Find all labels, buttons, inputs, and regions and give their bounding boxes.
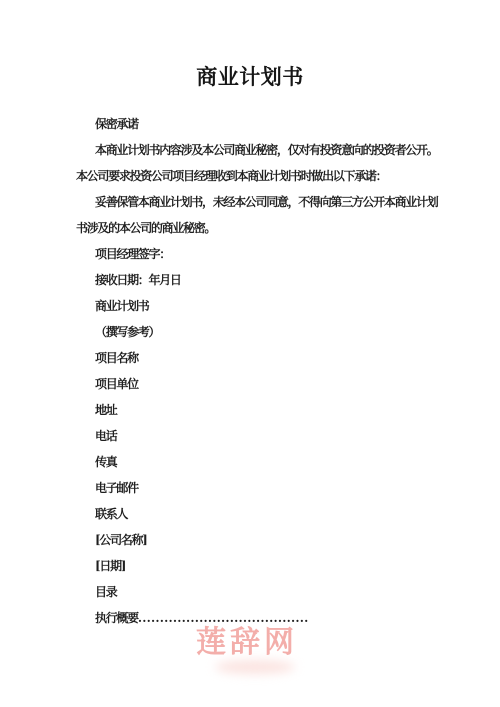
line-manager-signature: 项目经理签字： xyxy=(76,241,470,267)
line-writing-reference: （撰写参考） xyxy=(76,319,470,345)
document-page: 商业计划书 保密承诺 本商业计划书内容涉及本公司商业秘密，仅对有投资意向的投资者… xyxy=(0,0,500,707)
field-phone: 电话 xyxy=(76,423,470,449)
line-keep-safe-2: 书涉及的本公司的商业秘密。 xyxy=(76,215,470,241)
line-receive-date: 接收日期：年月日 xyxy=(76,267,470,293)
toc-dot-leader: ........................................… xyxy=(138,611,308,625)
field-address: 地址 xyxy=(76,397,470,423)
line-plan-subtitle: 商业计划书 xyxy=(76,293,470,319)
document-body: 保密承诺 本商业计划书内容涉及本公司商业秘密，仅对有投资意向的投资者公开。 本公… xyxy=(76,111,470,631)
toc-entry-label: 执行概要 xyxy=(95,611,138,625)
watermark-echo xyxy=(215,660,295,674)
line-keep-safe-1: 妥善保管本商业计划书，未经本公司同意，不得向第三方公开本商业计划 xyxy=(76,189,470,215)
line-secrecy-heading: 保密承诺 xyxy=(76,111,470,137)
document-title: 商业计划书 xyxy=(0,65,500,89)
line-secrecy-para-2: 本公司要求投资公司项目经理收到本商业计划书时做出以下承诺： xyxy=(76,163,470,189)
field-date: [日期] xyxy=(76,553,470,579)
field-fax: 传真 xyxy=(76,449,470,475)
line-toc-heading: 目录 xyxy=(76,579,470,605)
field-contact-person: 联系人 xyxy=(76,501,470,527)
line-secrecy-para-1: 本商业计划书内容涉及本公司商业秘密，仅对有投资意向的投资者公开。 xyxy=(76,137,470,163)
field-email: 电子邮件 xyxy=(76,475,470,501)
field-company-name: [公司名称] xyxy=(76,527,470,553)
watermark-lianci-logo: 莲辞网 xyxy=(196,627,298,659)
field-project-unit: 项目单位 xyxy=(76,371,470,397)
field-project-name: 项目名称 xyxy=(76,345,470,371)
